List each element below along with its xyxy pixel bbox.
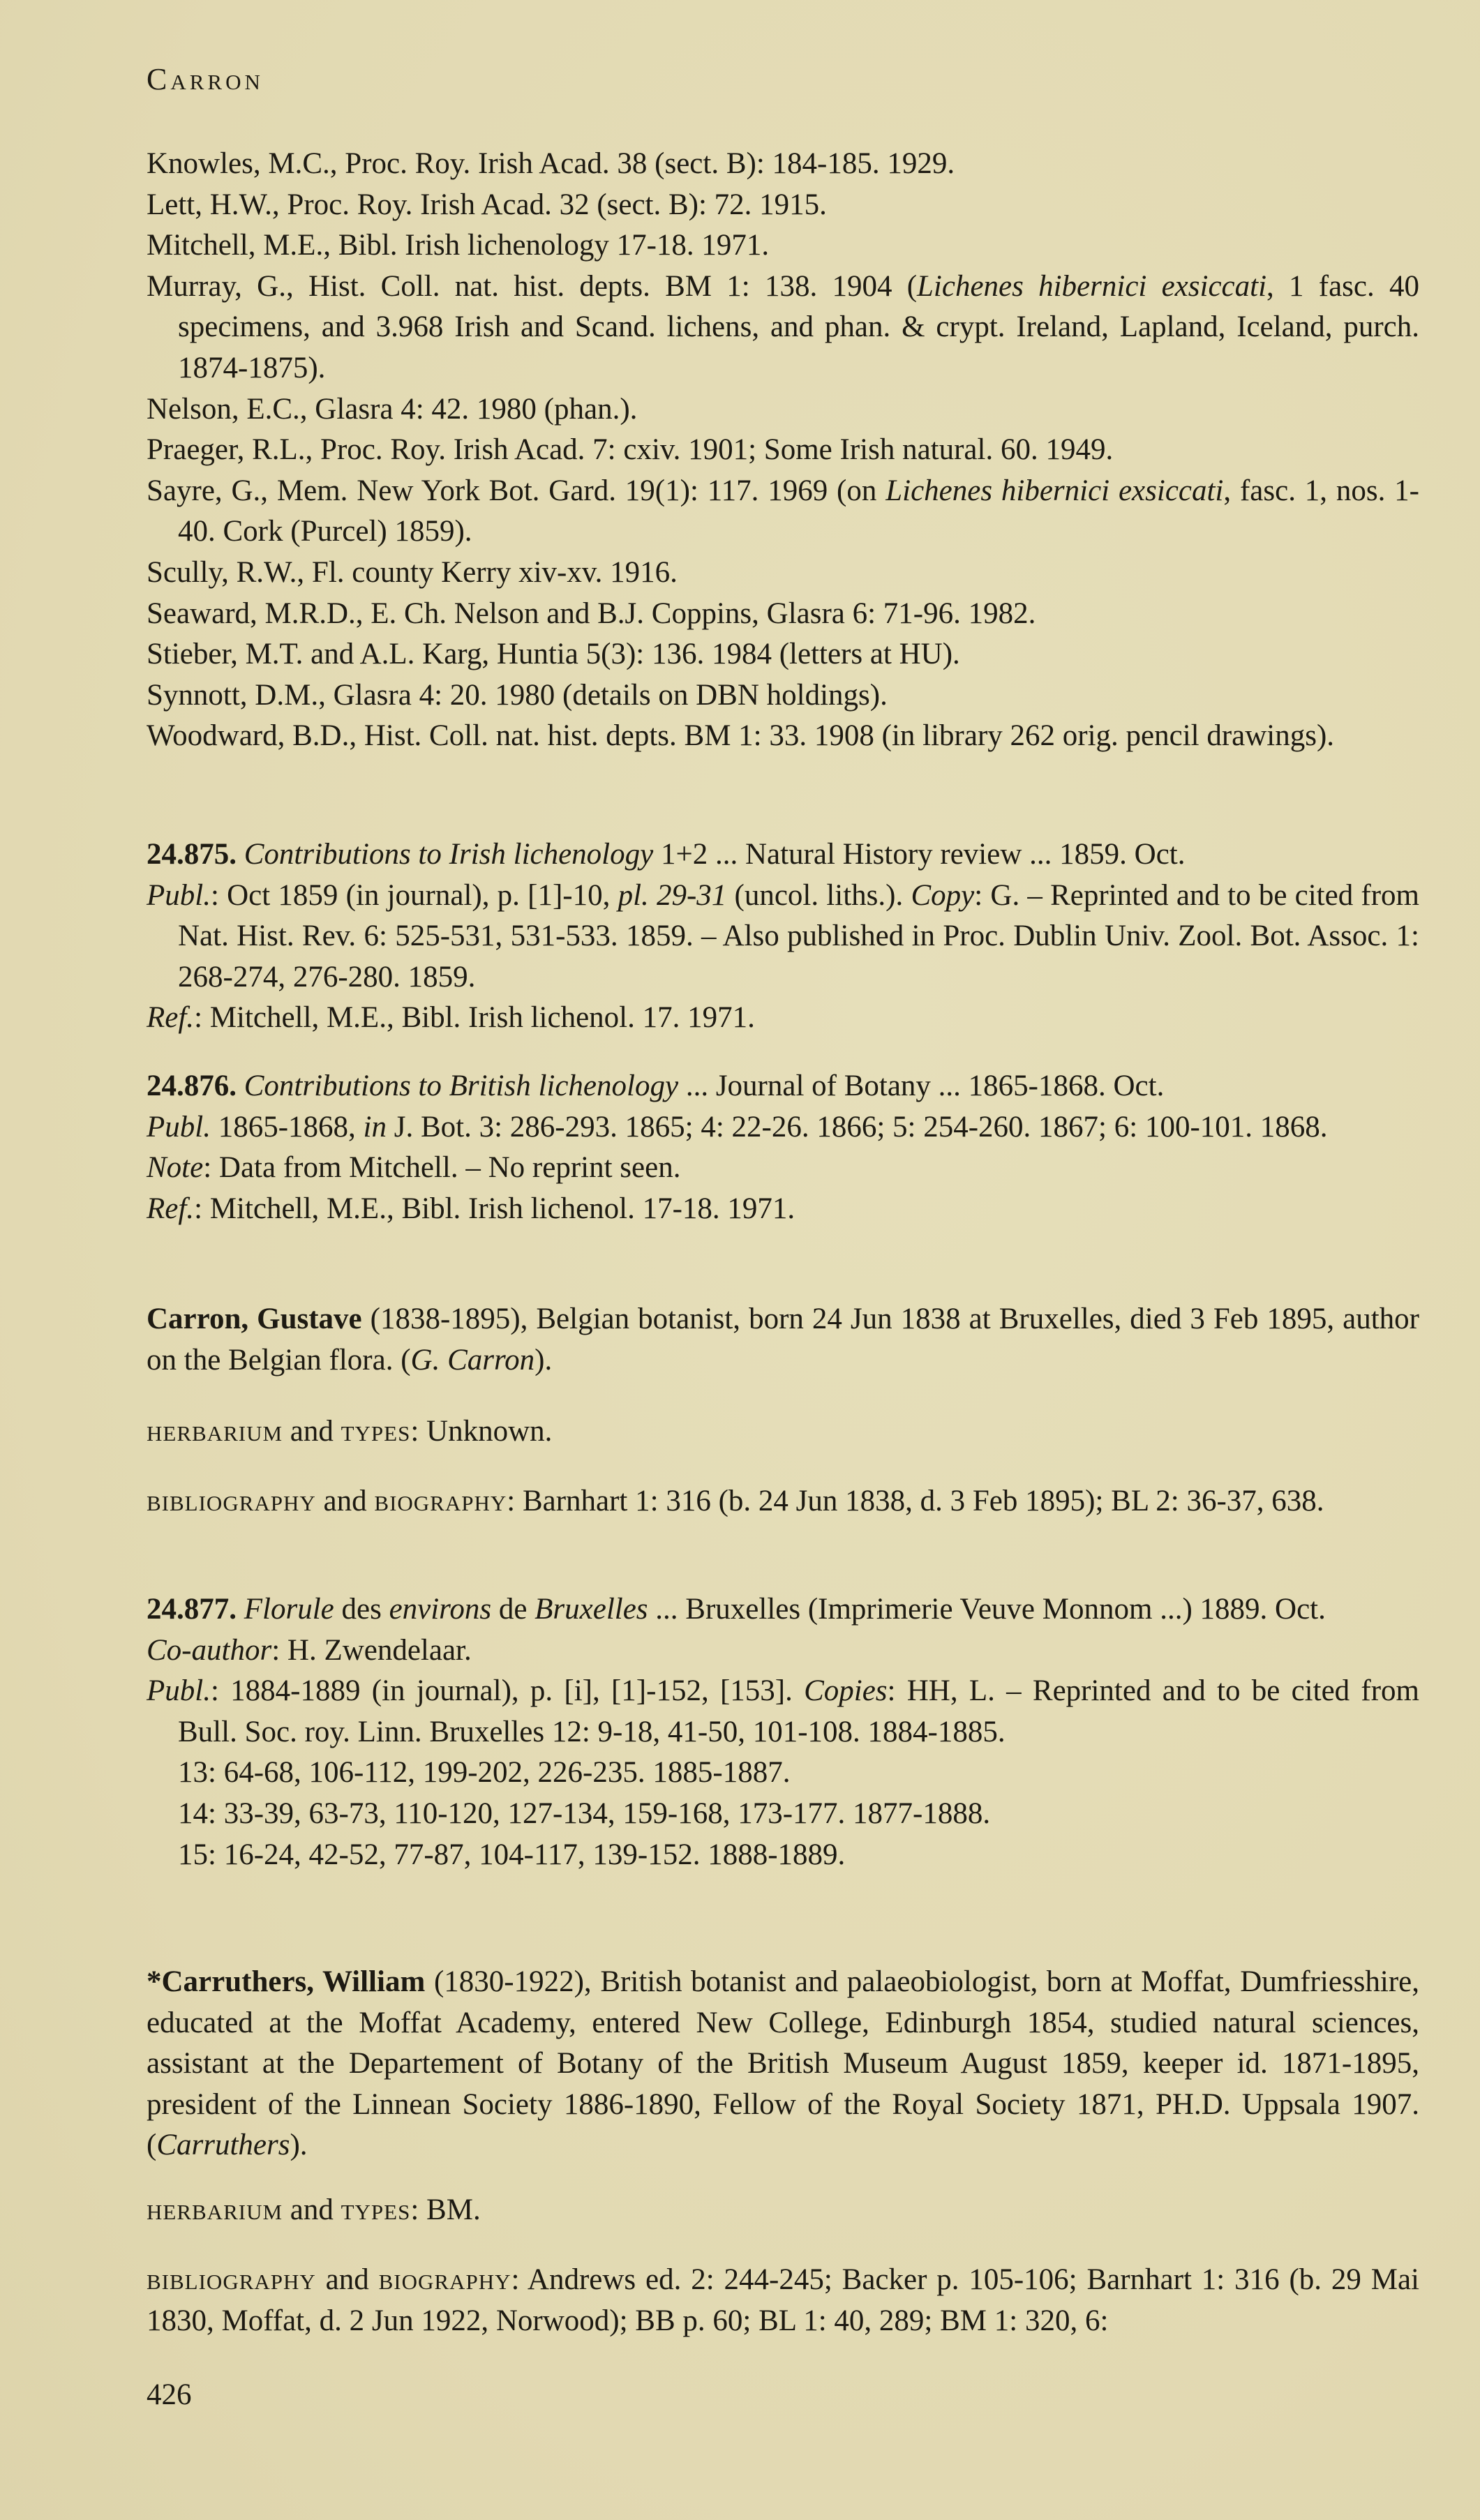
bibliography-label: bibliography bbox=[147, 1483, 316, 1517]
publ-label: Publ. bbox=[147, 1111, 211, 1143]
entry-24876: 24.876. Contributions to British licheno… bbox=[147, 1066, 1419, 1229]
text: : Mitchell, M.E., Bibl. Irish lichenol. … bbox=[194, 1001, 755, 1034]
reference-item: Mitchell, M.E., Bibl. Irish lichenology … bbox=[147, 225, 1419, 267]
author-bio: *Carruthers, William (1830-1922), Britis… bbox=[147, 1962, 1419, 2166]
reference-item: Stieber, M.T. and A.L. Karg, Huntia 5(3)… bbox=[147, 634, 1419, 675]
reference-item: Nelson, E.C., Glasra 4: 42. 1980 (phan.)… bbox=[147, 389, 1419, 430]
author-carron-gustave: Carron, Gustave (1838-1895), Belgian bot… bbox=[147, 1299, 1419, 1381]
reference-item-sayre: Sayre, G., Mem. New York Bot. Gard. 19(1… bbox=[147, 471, 1419, 553]
text: : Unknown. bbox=[410, 1415, 552, 1448]
reference-item: Woodward, B.D., Hist. Coll. nat. hist. d… bbox=[147, 716, 1419, 757]
bibliography-line: bibliography and biography: Barnhart 1: … bbox=[147, 1480, 1419, 1522]
book-page: Carron Knowles, M.C., Proc. Roy. Irish A… bbox=[0, 0, 1480, 2520]
reference-item-murray: Murray, G., Hist. Coll. nat. hist. depts… bbox=[147, 267, 1419, 389]
reference-item: Scully, R.W., Fl. county Kerry xiv-xv. 1… bbox=[147, 553, 1419, 594]
copy-label: Copy bbox=[911, 879, 974, 912]
text: : H. Zwendelaar. bbox=[271, 1634, 472, 1667]
entry-title-line: 24.876. Contributions to British licheno… bbox=[147, 1066, 1419, 1107]
text: de bbox=[491, 1593, 535, 1626]
ref-line: Ref.: Mitchell, M.E., Bibl. Irish lichen… bbox=[147, 1189, 1419, 1230]
italic-word: Bruxelles bbox=[535, 1593, 648, 1626]
text: and bbox=[316, 2263, 379, 2296]
publication-line: Publ. 1865-1868, in J. Bot. 3: 286-293. … bbox=[147, 1107, 1419, 1148]
herbarium-label: herbarium bbox=[147, 2192, 283, 2226]
page-number: 426 bbox=[147, 2378, 192, 2412]
biography-label: biography bbox=[374, 1483, 507, 1517]
herbarium-carron-gustave: herbarium and types: Unknown. bbox=[147, 1411, 1419, 1453]
ref-line: Ref.: Mitchell, M.E., Bibl. Irish lichen… bbox=[147, 998, 1419, 1039]
note-line: Note: Data from Mitchell. – No reprint s… bbox=[147, 1148, 1419, 1189]
entry-title: Contributions to Irish lichenology bbox=[244, 838, 653, 871]
ref-label: Ref. bbox=[147, 1001, 194, 1034]
entry-title-rest: 1+2 ... Natural History review ... 1859.… bbox=[653, 838, 1185, 871]
italic-title: Lichenes hibernici exsiccati bbox=[917, 270, 1266, 303]
entry-title-line: 24.875. Contributions to Irish lichenolo… bbox=[147, 834, 1419, 876]
entry-24877: 24.877. Florule des environs de Bruxelle… bbox=[147, 1589, 1419, 1875]
text: and bbox=[316, 1485, 375, 1517]
text: Sayre, G., Mem. New York Bot. Gard. 19(1… bbox=[147, 474, 885, 507]
running-head: Carron bbox=[147, 61, 264, 97]
text: : Data from Mitchell. – No reprint seen. bbox=[203, 1151, 680, 1184]
author-carruthers: *Carruthers, William (1830-1922), Britis… bbox=[147, 1962, 1419, 2166]
entry-number: 24.876. bbox=[147, 1070, 237, 1102]
herbarium-line: herbarium and types: Unknown. bbox=[147, 1411, 1419, 1453]
coauthor-label: Co-author bbox=[147, 1634, 271, 1667]
entry-number: 24.875. bbox=[147, 838, 237, 871]
entry-title: Contributions to British lichenology bbox=[244, 1070, 678, 1102]
volume-line: 14: 33-39, 63-73, 110-120, 127-134, 159-… bbox=[147, 1794, 1419, 1835]
entry-title-rest: ... Journal of Botany ... 1865-1868. Oct… bbox=[678, 1070, 1164, 1102]
italic-word: Florule bbox=[244, 1593, 334, 1626]
publ-label: Publ. bbox=[147, 879, 211, 912]
reference-item: Lett, H.W., Proc. Roy. Irish Acad. 32 (s… bbox=[147, 185, 1419, 226]
author-abbrev: Carruthers bbox=[156, 2129, 290, 2161]
text: : Oct 1859 (in journal), p. [1]-10, bbox=[211, 879, 618, 912]
italic-title: Lichenes hibernici exsiccati bbox=[885, 474, 1223, 507]
entry-number: 24.877. bbox=[147, 1593, 237, 1626]
herbarium-line: herbarium and types: BM. bbox=[147, 2189, 1419, 2231]
author-name: Carron, Gustave bbox=[147, 1303, 362, 1335]
italic-word: environs bbox=[389, 1593, 492, 1626]
biography-label: biography bbox=[379, 2262, 511, 2296]
publ-label: Publ. bbox=[147, 1674, 211, 1707]
text: ). bbox=[535, 1344, 552, 1377]
entry-title-line: 24.877. Florule des environs de Bruxelle… bbox=[147, 1589, 1419, 1630]
references-list: Knowles, M.C., Proc. Roy. Irish Acad. 38… bbox=[147, 144, 1419, 757]
text: J. Bot. 3: 286-293. 1865; 4: 22-26. 1866… bbox=[387, 1111, 1328, 1143]
reference-item: Seaward, M.R.D., E. Ch. Nelson and B.J. … bbox=[147, 594, 1419, 635]
reference-item: Praeger, R.L., Proc. Roy. Irish Acad. 7:… bbox=[147, 430, 1419, 471]
in-italic: in bbox=[364, 1111, 387, 1143]
herbarium-label: herbarium bbox=[147, 1413, 283, 1448]
ref-label: Ref. bbox=[147, 1192, 194, 1225]
herbarium-carruthers: herbarium and types: BM. bbox=[147, 2189, 1419, 2231]
plates: pl. 29-31 bbox=[618, 879, 727, 912]
note-label: Note bbox=[147, 1151, 203, 1184]
publication-line: Publ.: 1884-1889 (in journal), p. [i], [… bbox=[147, 1671, 1419, 1753]
author-abbrev: G. Carron bbox=[411, 1344, 535, 1377]
volume-line: 13: 64-68, 106-112, 199-202, 226-235. 18… bbox=[147, 1753, 1419, 1794]
author-name: *Carruthers, William bbox=[147, 1965, 425, 1998]
text: : Barnhart 1: 316 (b. 24 Jun 1838, d. 3 … bbox=[507, 1485, 1324, 1517]
volume-line: 15: 16-24, 42-52, 77-87, 104-117, 139-15… bbox=[147, 1835, 1419, 1876]
text: : Mitchell, M.E., Bibl. Irish lichenol. … bbox=[194, 1192, 795, 1225]
publication-line: Publ.: Oct 1859 (in journal), p. [1]-10,… bbox=[147, 876, 1419, 998]
bibliography-carron-gustave: bibliography and biography: Barnhart 1: … bbox=[147, 1480, 1419, 1522]
author-bio: Carron, Gustave (1838-1895), Belgian bot… bbox=[147, 1299, 1419, 1381]
entry-24875: 24.875. Contributions to Irish lichenolo… bbox=[147, 834, 1419, 1039]
bibliography-carruthers: bibliography and biography: Andrews ed. … bbox=[147, 2259, 1419, 2341]
types-label: types bbox=[341, 1413, 411, 1448]
reference-item: Synnott, D.M., Glasra 4: 20. 1980 (detai… bbox=[147, 675, 1419, 717]
text: ). bbox=[290, 2129, 307, 2161]
text: and bbox=[283, 2193, 341, 2226]
coauthor-line: Co-author: H. Zwendelaar. bbox=[147, 1630, 1419, 1672]
text: des bbox=[334, 1593, 389, 1626]
copies-label: Copies bbox=[804, 1674, 887, 1707]
text: (uncol. liths.). bbox=[726, 879, 911, 912]
types-label: types bbox=[341, 2192, 411, 2226]
text: and bbox=[283, 1415, 341, 1448]
bibliography-line: bibliography and biography: Andrews ed. … bbox=[147, 2259, 1419, 2341]
bibliography-label: bibliography bbox=[147, 2262, 316, 2296]
reference-item: Knowles, M.C., Proc. Roy. Irish Acad. 38… bbox=[147, 144, 1419, 185]
text: 1865-1868, bbox=[211, 1111, 364, 1143]
text: : 1884-1889 (in journal), p. [i], [1]-15… bbox=[211, 1674, 804, 1707]
text: ... Bruxelles (Imprimerie Veuve Monnom .… bbox=[648, 1593, 1326, 1626]
text: : BM. bbox=[410, 2193, 480, 2226]
text: Murray, G., Hist. Coll. nat. hist. depts… bbox=[147, 270, 917, 303]
